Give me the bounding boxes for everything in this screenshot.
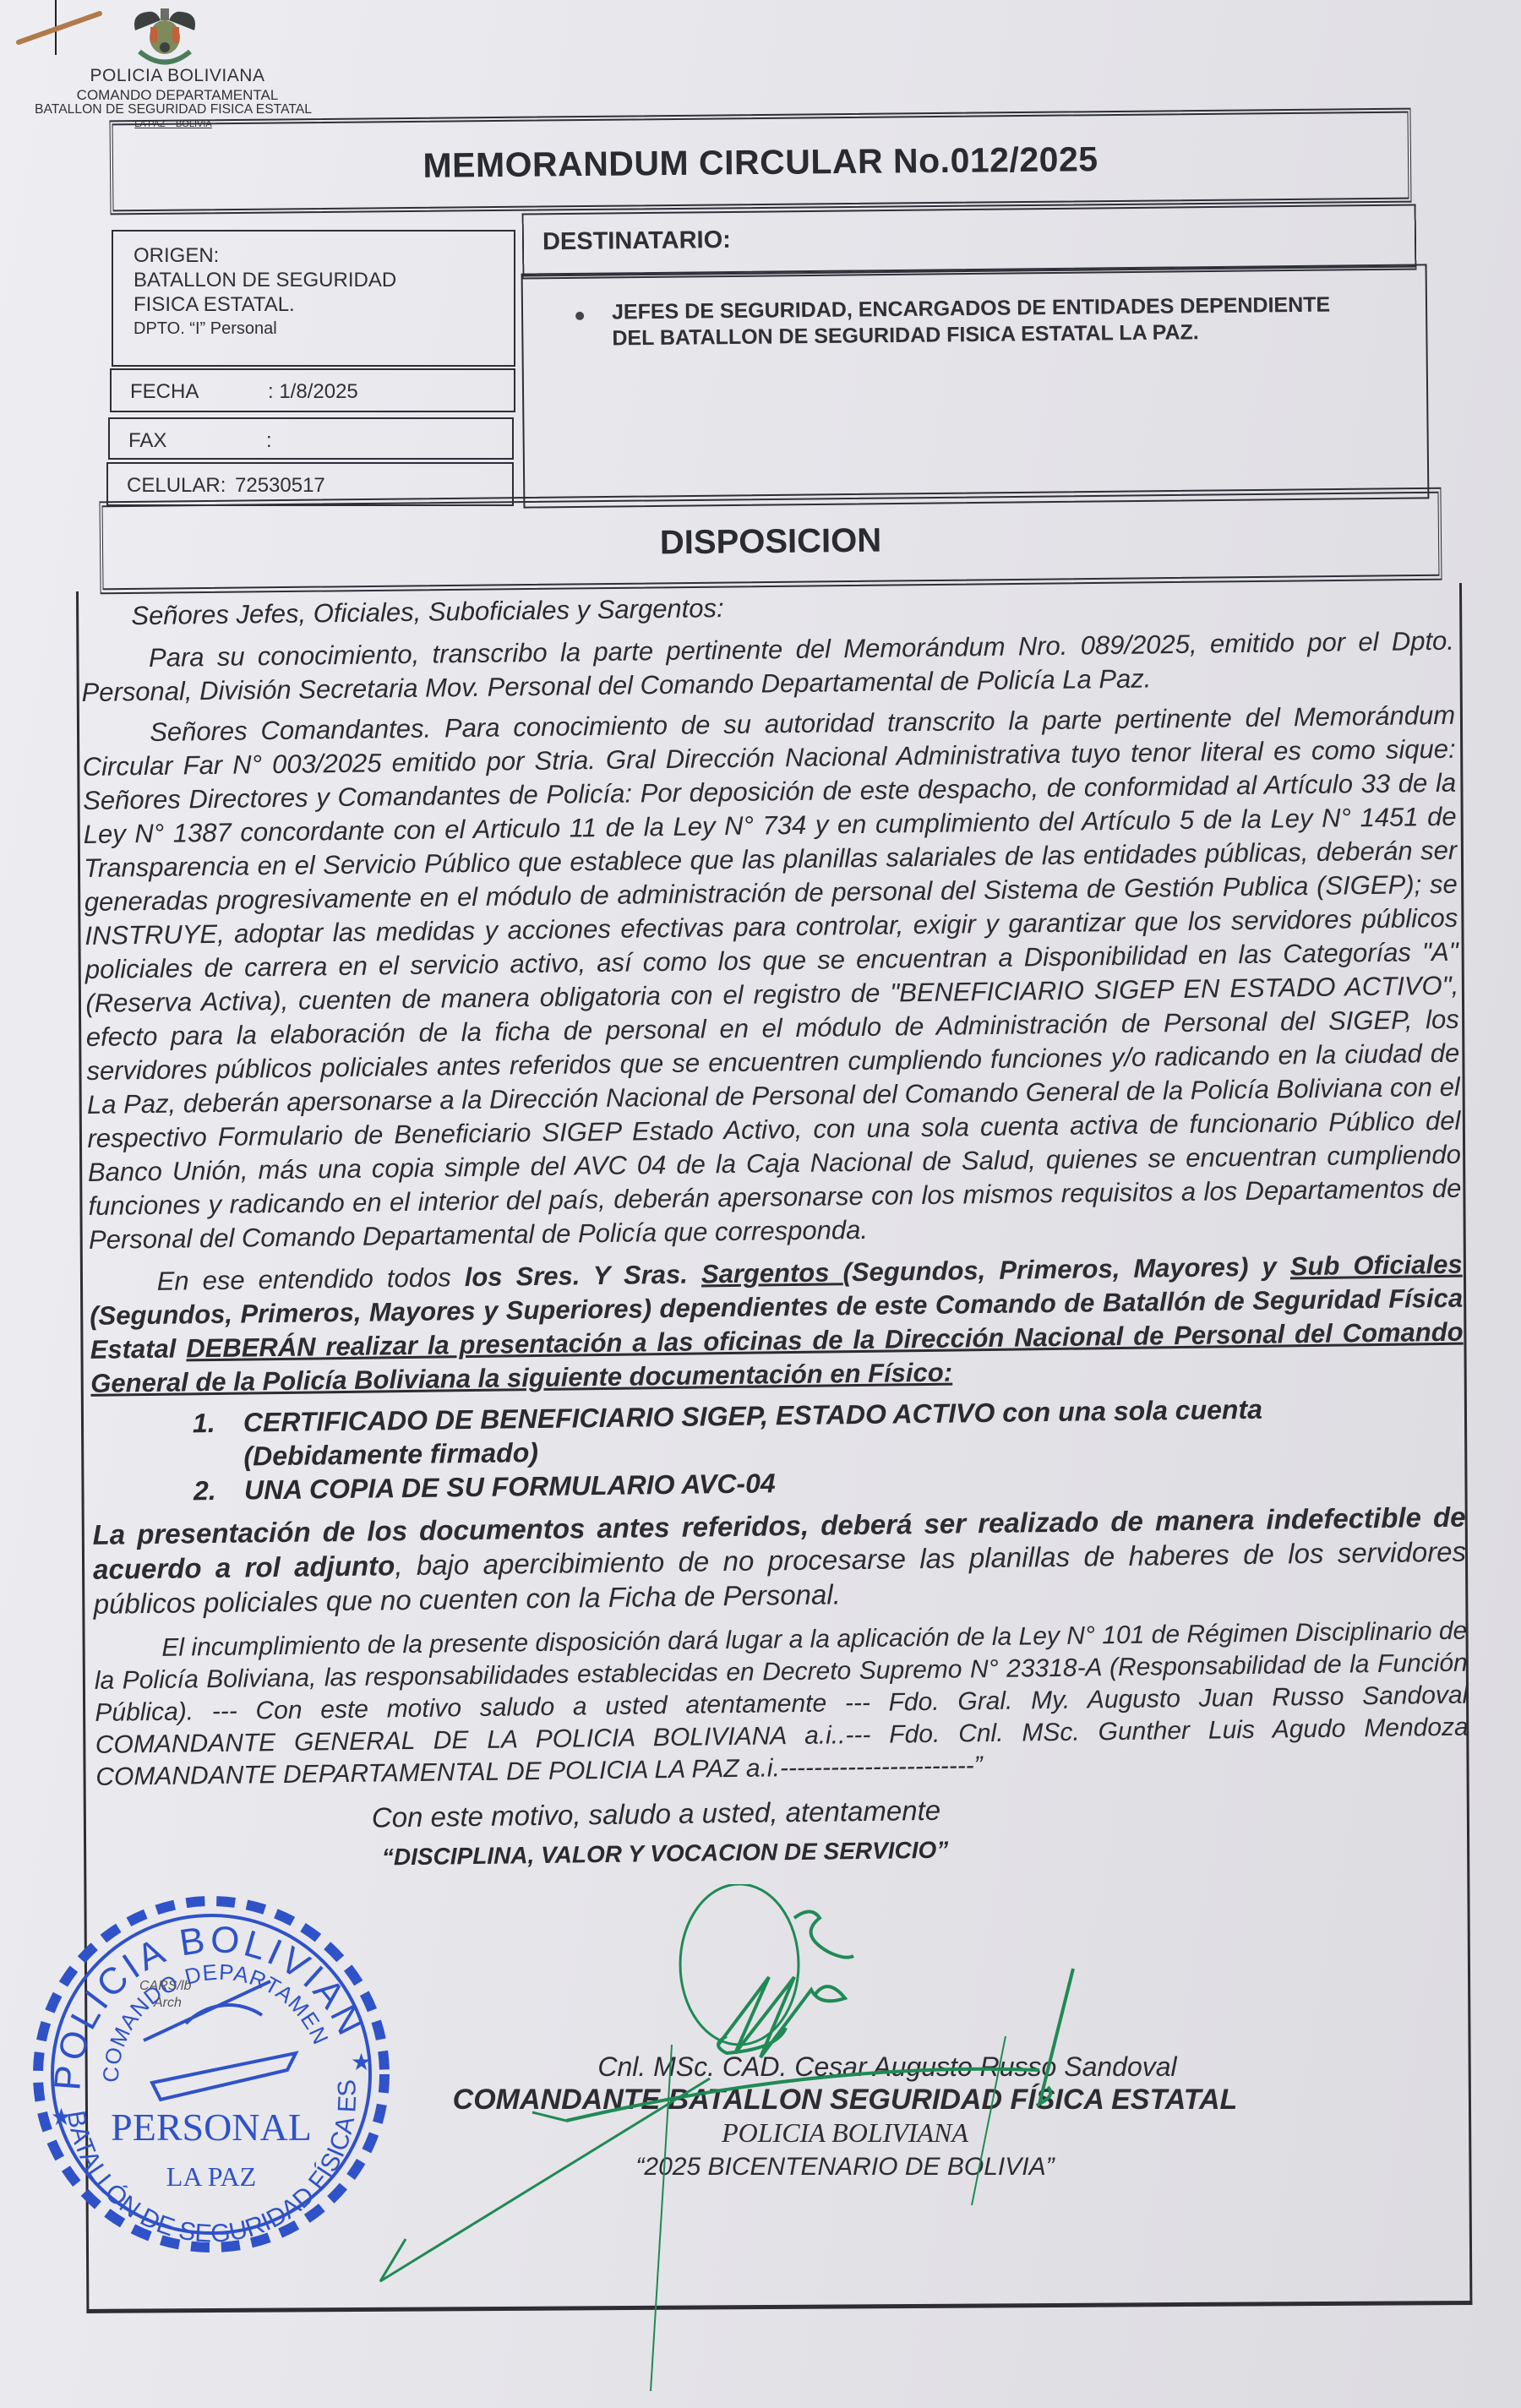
fax-box: FAX : [108, 417, 514, 460]
fecha-label: FECHA [130, 380, 199, 404]
svg-text:★: ★ [351, 2049, 372, 2075]
origen-line-1: BATALLON DE SEGURIDAD [134, 268, 396, 292]
list-item-text: UNA COPIA DE SU FORMULARIO AVC-04 [244, 1466, 776, 1506]
pen-mark-icon [0, 0, 110, 59]
origen-line-3: DPTO. “I” Personal [134, 317, 396, 341]
bicentenary-slogan: “2025 BICENTENARIO DE BOLIVIA” [507, 2153, 1335, 2182]
salutation: Señores Jefes, Oficiales, Suboficiales y… [131, 584, 1453, 631]
memo-title-box: MEMORANDUM CIRCULAR No.012/2025 [109, 108, 1411, 215]
paragraph-4: La presentación de los documentos antes … [92, 1500, 1466, 1621]
p3-text-a: En ese entendido todos [156, 1262, 465, 1296]
svg-text:★: ★ [51, 2104, 72, 2130]
requirements-list: 1. CERTIFICADO DE BENEFICIARIO SIGEP, ES… [193, 1390, 1465, 1508]
stamp-note-1: CARS/lb [139, 1979, 191, 1993]
letterhead-line-1: POLICIA BOLIVIANA [51, 66, 304, 86]
bullet-icon [575, 312, 584, 320]
fecha-box: FECHA : 1/8/2025 [110, 368, 515, 412]
origen-box: ORIGEN: BATALLON DE SEGURIDAD FISICA EST… [112, 230, 515, 367]
stamp-city-text: LA PAZ [166, 2161, 256, 2192]
p3-text-d: (Segundos, Primeros, Mayores) y [842, 1251, 1290, 1287]
letterhead-line-2: COMANDO DEPARTAMENTAL [34, 87, 321, 104]
p3-text-suboficiales: Sub Oficiales [1290, 1250, 1463, 1282]
destinatario-box: JEFES DE SEGURIDAD, ENCARGADOS DE ENTIDA… [521, 264, 1430, 508]
personal-stamp-icon: POLICIA BOLIVIANA COMANDO DEPARTAMENTAL … [17, 1871, 406, 2269]
celular-value: 72530517 [235, 474, 325, 498]
letterhead-line-3: BATALLON DE SEGURIDAD FISICA ESTATAL [12, 102, 335, 117]
fax-value: : [266, 429, 272, 453]
signer-position: COMANDANTE BATALLON SEGURIDAD FÍSICA EST… [406, 2084, 1284, 2117]
p3-text-deberan: DEBERÁN realizar la presentación a las o… [90, 1317, 1464, 1398]
paragraph-5: El incumplimiento de la presente disposi… [94, 1615, 1469, 1794]
fax-label: FAX [128, 429, 166, 453]
p3-text-b: los Sres. Y Sras. [465, 1259, 702, 1292]
signer-institution: POLICIA BOLIVIANA [549, 2117, 1141, 2149]
fecha-value: : 1/8/2025 [268, 380, 358, 404]
origen-line-2: FISICA ESTATAL. [134, 292, 396, 317]
stamp-note-2: Arch [153, 1996, 182, 2010]
signer-name: Cnl. MSc. CAD. Cesar Augusto Russo Sando… [507, 2051, 1267, 2083]
memo-title: MEMORANDUM CIRCULAR No.012/2025 [113, 137, 1408, 189]
p3-text-sargentos: Sargentos [701, 1257, 843, 1288]
paragraph-1: Para su conocimiento, transcribo la part… [81, 624, 1455, 710]
destinatario-label: DESTINATARIO: [542, 226, 731, 256]
closing-text: Con este motivo, saludo a usted, atentam… [96, 1788, 1469, 1838]
list-item-number: 2. [194, 1474, 245, 1508]
paragraph-2: Señores Comandantes. Para conocimiento d… [82, 699, 1462, 1257]
origen-label: ORIGEN: [134, 243, 396, 268]
celular-label: CELULAR: [127, 474, 226, 498]
list-item-subtext: (Debidamente firmado) [243, 1437, 538, 1472]
memo-body: Señores Jefes, Oficiales, Suboficiales y… [80, 574, 1470, 1875]
list-item-number: 1. [193, 1406, 244, 1474]
destinatario-item: JEFES DE SEGURIDAD, ENCARGADOS DE ENTIDA… [612, 291, 1339, 351]
paragraph-3: En ese entendido todos los Sres. Y Sras.… [89, 1248, 1464, 1401]
stamp-center-text: PERSONAL [111, 2106, 312, 2149]
disposicion-title: DISPOSICION [103, 516, 1438, 569]
police-crest-icon [127, 5, 203, 69]
list-item-text: CERTIFICADO DE BENEFICIARIO SIGEP, ESTAD… [243, 1394, 1262, 1438]
